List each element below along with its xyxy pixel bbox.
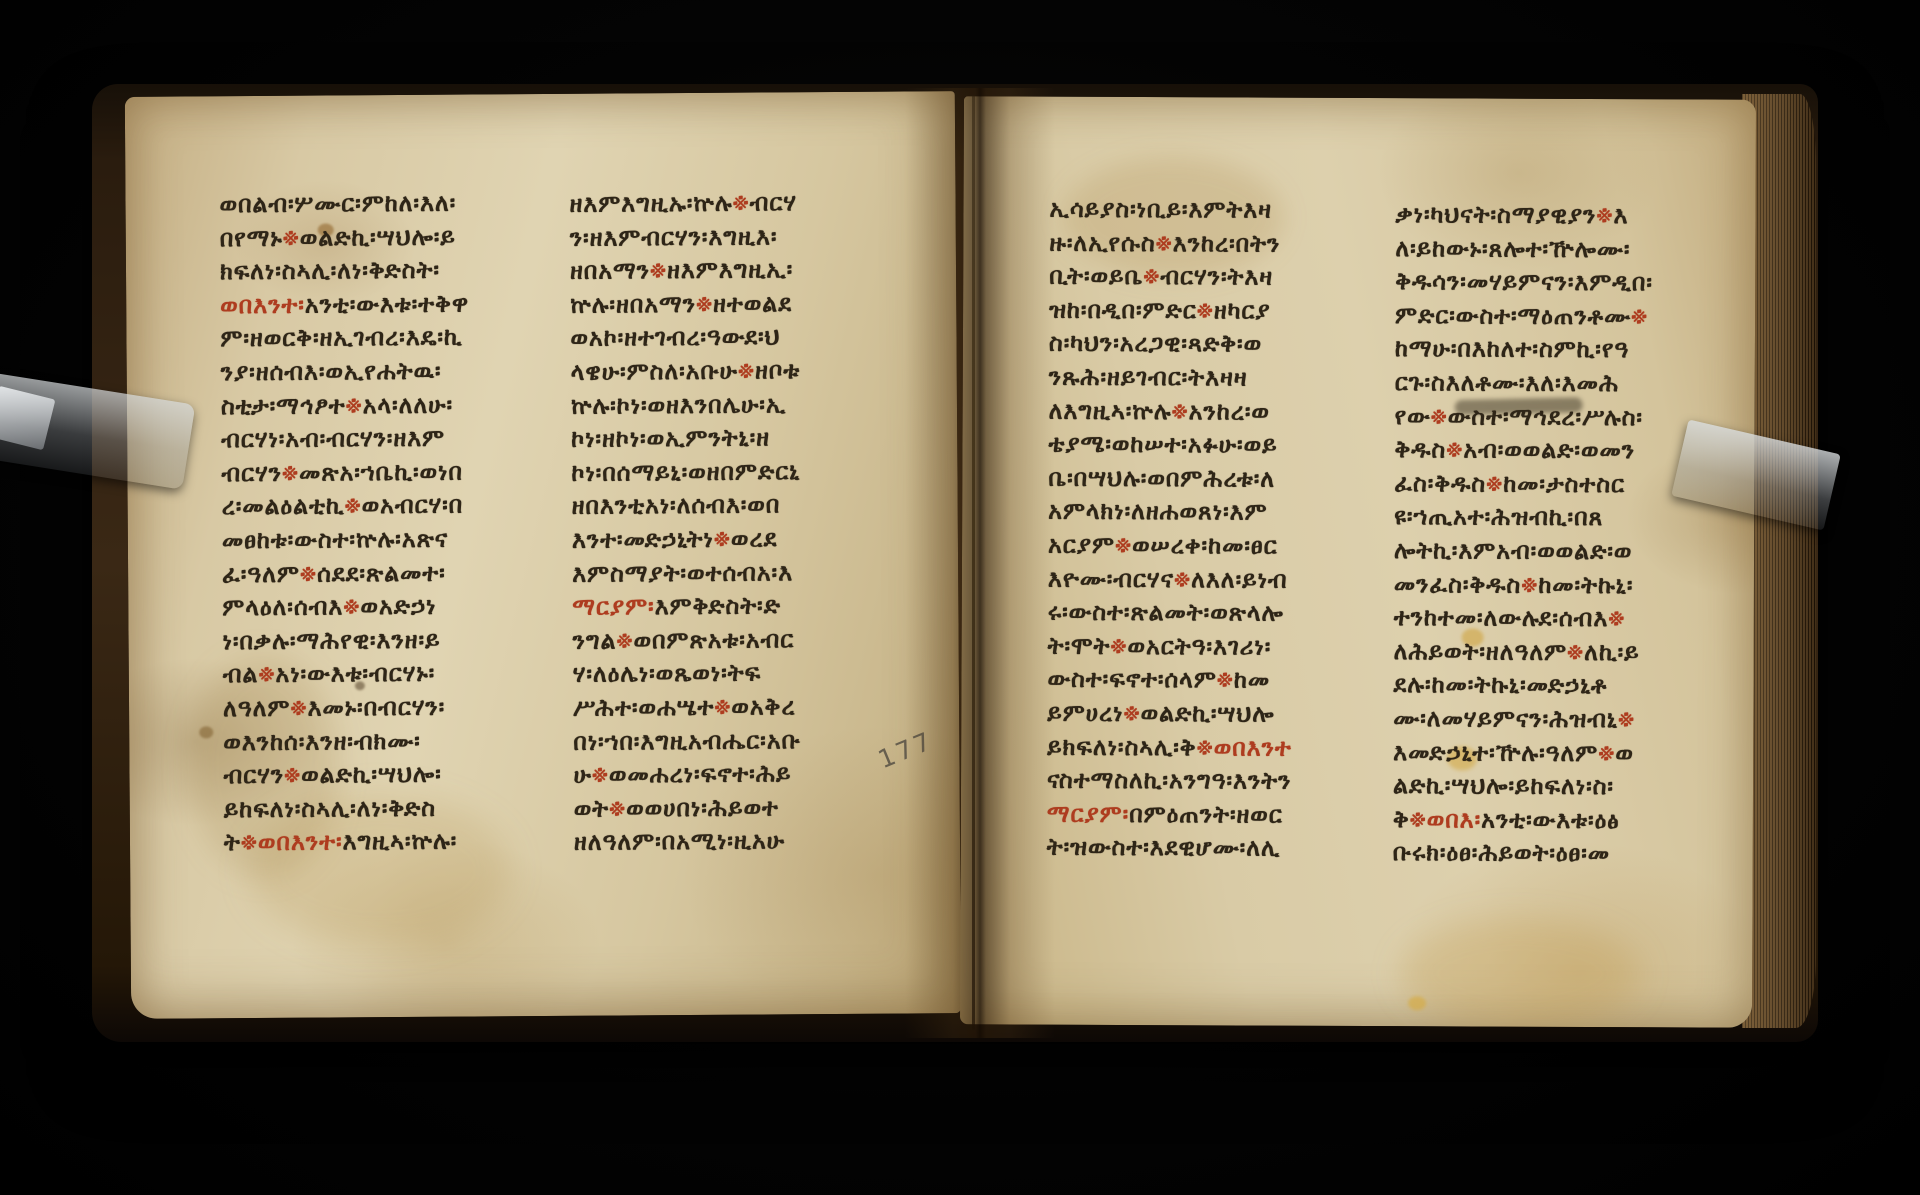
manuscript-text-line: መፀከቱ፡ውስተ፡ኵሉ፡አጽና [222, 522, 471, 557]
ink-black-text: ዝከ፡በዲበ፡ምድር [1049, 295, 1197, 324]
rubric-red-text: ፠ [1631, 302, 1648, 330]
rubric-red-text: ፠ [290, 694, 307, 722]
manuscript-text-line: ዘበአማን፠ዘእምእግዚኢ፡ [570, 253, 800, 288]
ink-black-text: ወአኮ፡ዘተገብረ፡ዓውደ፡ህ [570, 323, 780, 352]
ink-black-text: በነ፡ኀበ፡እግዚአብሔር፡አቡ [573, 726, 801, 756]
ink-black-text: ኮነ፡ዘኮነ፡ወኢምንትኒ፡ዘ [571, 424, 770, 453]
rubric-red-text: ፠ [1217, 666, 1234, 694]
manuscript-text-line: እዮሙ፡ብርሃና፠ለእለ፡ይነብ [1048, 562, 1293, 597]
ink-black-text: ሃ፡ለዕሌነ፡ወጼወነ፡ትፍ [573, 659, 761, 688]
manuscript-text-line: ለዓለም፠እመኑ፡በብርሃን፡ [223, 690, 472, 725]
ink-black-text: ለሕይወት፡ዘለዓለም [1394, 637, 1568, 666]
ink-black-text: መንፈስ፡ቅዱስ [1394, 570, 1521, 599]
manuscript-text-line: ምድር፡ውስተ፡ማዕጠንቶሙ፠ [1395, 299, 1653, 334]
ink-black-text: አንቲ፡ውእቱ፡ዕፅ [1481, 805, 1619, 834]
ink-black-text: ወአድኃነ [360, 592, 436, 621]
rubric-red-text: ፠ [283, 223, 300, 251]
manuscript-text-line: ማርያም፡በምዕጠንት፡ዘወር [1047, 797, 1292, 832]
ink-black-text: ርጉ፡ስእለቶሙ፡እለ፡እመሕ [1395, 368, 1619, 397]
ink-black-text: ለኪ፡ይ [1584, 638, 1640, 666]
ink-black-text: ከመ [1234, 666, 1270, 694]
ink-black-text: ይከፍለነ፡ስኣሊ፡ለነ፡ቅድስ [224, 793, 436, 822]
ink-black-text: ለ፡ይከውኑ፡ጸሎተ፡ዅሎሙ፡ [1395, 234, 1630, 263]
manuscript-text-line: ት፡ዝውስተ፡እደዊሆሙ፡ለሊ [1047, 831, 1292, 866]
ink-black-text: ወአርትዓ፡እገሪነ፡ [1127, 632, 1271, 661]
manuscript-text-line: ወበልብ፡ሦሙር፡ምከለ፡እለ፡ [219, 187, 468, 222]
manuscript-text-line: ት፠ወበእንተ፡እግዚኣ፡ኵሉ፡ [224, 825, 473, 860]
ink-black-text: እዮሙ፡ብርሃና [1048, 564, 1174, 593]
ink-black-text: ብርሃ [750, 188, 797, 216]
manuscript-text-line: ም፡ዘወርቅ፡ዘኢገብረ፡እዴ፡ኪ [220, 321, 469, 356]
rubric-red-text: ፠ [344, 492, 361, 520]
manuscript-text-line: አምላክነ፡ለዘሐወጸነ፡እም [1048, 495, 1293, 530]
ink-black-text: ኵሉ፡ዘበአማን [570, 290, 696, 319]
ink-black-text: ቢት፡ወይቤ [1049, 262, 1143, 290]
rubric-red-text: ፠ [732, 189, 749, 217]
ink-black-text: እግዚኣ፡ኵሉ፡ [342, 827, 457, 856]
manuscript-text-line: ንግል፠ወበምጽአቱ፡አብር [572, 623, 802, 658]
rubric-red-text: ፠ [1197, 296, 1214, 324]
manuscript-text-line: ኮነ፡በሰማይኒ፡ወዘበምድርኒ [571, 455, 801, 490]
ink-black-text: ቴያሜ፡ወከሠተ፡አፉሁ፡ወይ [1048, 430, 1277, 459]
manuscript-text-line: ቃነ፡ካህናት፡ስማያዊያን፠እ [1395, 198, 1653, 233]
rubric-red-text: ወበእንተ፡ [220, 290, 305, 319]
rubric-red-text: ፠ [1115, 531, 1132, 559]
rubric-red-text: ፠ [300, 559, 317, 587]
manuscript-text-line: እንተ፡መድኃኒትነ፠ወረደ [572, 522, 802, 557]
manuscript-text-line: ለ፡ይከውኑ፡ጸሎተ፡ዅሎሙ፡ [1395, 232, 1653, 267]
ink-black-text: አንከረ፡ወ [1189, 397, 1270, 425]
rubric-red-text: ፠ [1172, 397, 1189, 425]
right-text-column-1: ኢሳይያስ፡ነቢይ፡እምትእዛዙ፡ለኢየሱስ፠እንከረ፡በትንቢት፡ወይቤ፠ብር… [1047, 193, 1295, 866]
ink-black-text: ብል [223, 660, 259, 688]
ink-black-text: መፀከቱ፡ውስተ፡ኵሉ፡አጽና [222, 525, 449, 555]
ink-black-text: ኢሳይያስ፡ነቢይ፡እምትእዛ [1049, 195, 1272, 224]
ink-black-text: የው [1395, 402, 1431, 430]
rubric-red-text: ፠ [1521, 570, 1538, 598]
rubric-red-text: ፠ [258, 660, 275, 688]
rubric-red-text: ፠ [1174, 565, 1191, 593]
ink-black-text: ምላዕለ፡ሰብእ [222, 593, 343, 622]
manuscript-text-line: ናስተማስለኪ፡አንግዓ፡እንትን [1047, 764, 1292, 799]
ink-black-text: ብርሃን [221, 459, 282, 487]
rubric-red-text: ፠ [1486, 469, 1503, 497]
manuscript-text-line: ይክፍለነ፡ስኣሊ፡ቅ፠ወበእንተ [1047, 730, 1292, 765]
manuscript-text-line: ሙ፡ለመሃይምናን፡ሕዝብኒ፠ [1393, 702, 1651, 737]
manuscript-text-line: ዘበእንቲአነ፡ለሰብእ፡ወበ [572, 489, 802, 524]
manuscript-text-line: ብርሃን፠ወልድኪ፡ሣህሎ፡ [223, 758, 472, 793]
manuscript-text-line: ሥሕተ፡ወሐሤተ፠ወአቅረ [573, 690, 803, 725]
manuscript-text-line: ኢሳይያስ፡ነቢይ፡እምትእዛ [1049, 193, 1294, 228]
manuscript-text-line: ን፡ዘእምብርሃን፡እግዚእ፡ [570, 220, 800, 255]
manuscript-text-line: ዘለዓለም፡በአሚነ፡ዚአሁ [574, 824, 804, 859]
manuscript-text-line: ቢት፡ወይቤ፠ብርሃን፡ትእዛ [1049, 260, 1294, 295]
ink-black-text: እምቅድስት፡ድ [655, 591, 781, 620]
ink-black-text: ት [224, 828, 241, 856]
ink-black-text: ወአብርሃ፡በ [362, 491, 464, 520]
manuscript-text-line: ወአኮ፡ዘተገብረ፡ዓውደ፡ህ [570, 321, 800, 356]
manuscript-text-line: በየማኑ፠ወልድኪ፡ሣህሎ፡ይ [220, 220, 469, 255]
ink-black-text: አላ፡ለለሁ፡ [363, 390, 454, 419]
rubric-red-text: ፠ [616, 626, 633, 654]
ink-black-text: ከማሁ፡በእከለተ፡ስምኪ፡የዓ [1395, 335, 1629, 364]
ink-black-text: አንቲ፡ውእቱ፡ተቅዋ [305, 289, 469, 318]
rubric-red-text: ፠ [345, 391, 362, 419]
ink-black-text: ሎትኪ፡እምአብ፡ወወልድ፡ወ [1394, 536, 1632, 565]
rubric-red-text: ፠ [609, 794, 626, 822]
ink-black-text: ወሠረቀ፡ከመ፡ፀር [1132, 531, 1278, 560]
ink-black-text: ቅ [1393, 805, 1410, 833]
manuscript-text-line: ወበእንተ፡አንቲ፡ውእቱ፡ተቅዋ [220, 287, 469, 322]
manuscript-text-line: ፈ፡ዓለም፠ሰደደ፡ጽልመተ፡ [222, 556, 471, 591]
manuscript-text-line: ልድኪ፡ሣህሎ፡ይከፍለነ፡ስ፡ [1393, 769, 1651, 804]
rubric-red-text: ማርያም፡ [572, 592, 655, 621]
rubric-red-text: ፠ [714, 693, 731, 721]
manuscript-text-line: ነ፡በቃሉ፡ማሕየዊ፡እንዘ፡ይ [222, 623, 471, 658]
ink-black-text: ቃነ፡ካህናት፡ስማያዊያን [1395, 200, 1596, 229]
ink-black-text: ተንከተመ፡ለውሉደ፡ሰብእ [1394, 603, 1609, 632]
ink-black-text: ወረደ [731, 524, 778, 552]
ink-black-text: ይምሀረነ [1047, 699, 1123, 727]
ink-black-text: ት፡ሞት [1048, 631, 1111, 659]
manuscript-text-line: ንያ፡ዘሰብእ፡ወኢየሐትዉ፡ [221, 354, 470, 389]
manuscript-text-line: ብርሃን፠መጽአ፡ኀቤኪ፡ወነበ [221, 455, 470, 490]
manuscript-text-line: ኵሉ፡ዘበአማን፠ዘተወልደ [570, 287, 800, 322]
manuscript-text-line: ዘእምእግዚኡ፡ኵሉ፠ብርሃ [569, 186, 799, 221]
ink-black-text: ቤ፡በሣህሉ፡ወበምሕረቱ፡ለ [1048, 463, 1275, 492]
ink-black-text: ዘበእንቲአነ፡ለሰብእ፡ወበ [572, 491, 781, 520]
ink-black-text: ከመ፡ታስተስር [1503, 469, 1625, 498]
manuscript-text-line: ደሉ፡ከመ፡ትኩኒ፡መድኃኒቶ [1393, 668, 1651, 703]
manuscript-text-line: በነ፡ኀበ፡እግዚአብሔር፡አቡ [573, 724, 803, 759]
rubric-red-text: ፠ [343, 592, 360, 620]
ink-black-text: ወበምጽአቱ፡አብር [633, 625, 794, 654]
ink-black-text: ንጹሕ፡ዘይገብር፡ትእዛዛ [1049, 363, 1248, 392]
manuscript-text-line: ዙ፡ለኢየሱስ፠እንከረ፡በትን [1049, 226, 1294, 261]
rubric-red-text: ፠ [1598, 739, 1615, 767]
ink-black-text: ቡሩክ፡ዕፀ፡ሕይወት፡ዕፀ፡መ [1393, 838, 1610, 867]
manuscript-text-line: መንፈስ፡ቅዱስ፠ከመ፡ትኩኒ፡ [1394, 568, 1652, 603]
ink-black-text: ዘቦቱ [755, 356, 800, 384]
manuscript-text-line: እምስማያት፡ወተሰብአ፡እ [572, 556, 802, 591]
manuscript-text-line: ምላዕለ፡ሰብእ፠ወአድኃነ [222, 590, 471, 625]
ink-black-text: ኵሉ፡ኮነ፡ወዘእንበሌሁ፡ኢ [571, 390, 786, 420]
rubric-red-text: ማርያም፡ [1047, 799, 1129, 827]
manuscript-text-line: ወእንከሰ፡እንዘ፡ብክሙ፡ [223, 724, 472, 759]
manuscript-text-line: ረ፡መልዕልቲኪ፠ወአብርሃ፡በ [222, 489, 471, 524]
right-text-column-2: ቃነ፡ካህናት፡ስማያዊያን፠እለ፡ይከውኑ፡ጸሎተ፡ዅሎሙ፡ቅዱሳን፡መሃይም… [1393, 198, 1654, 871]
manuscript-text-line: ርጉ፡ስእለቶሙ፡እለ፡እመሕ [1395, 366, 1653, 401]
ink-black-text: እመኑ፡በብርሃን፡ [307, 693, 445, 722]
ink-black-text: ለእለ፡ይነብ [1191, 565, 1288, 593]
ink-black-text: አነ፡ውእቱ፡ብርሃኑ፡ [275, 659, 435, 688]
rubric-red-text: ፠ወበእንተ [1197, 733, 1292, 761]
manuscript-text-line: ስቲታ፡ማኅፆተ፠አላ፡ለለሁ፡ [221, 388, 470, 423]
ink-stain [199, 726, 213, 738]
manuscript-text-line: እመድኃኒተ፡ዅሉ፡ዓለም፠ወ [1393, 736, 1651, 771]
ink-black-text: ውስተ፡ፍኖተ፡ሰላም [1047, 665, 1216, 694]
left-text-column-2: ዘእምእግዚኡ፡ኵሉ፠ብርሃን፡ዘእምብርሃን፡እግዚእ፡ዘበአማን፠ዘእምእግ… [569, 186, 803, 859]
ink-black-text: ሥሕተ፡ወሐሤተ [573, 693, 714, 722]
manuscript-text-line: ብርሃነ፡አብ፡ብርሃን፡ዘእም [221, 422, 470, 457]
manuscript-text-line: ላዌሁ፡ምስለ፡አቡሁ፠ዘቦቱ [571, 354, 801, 389]
ink-black-text: ዘለዓለም፡በአሚነ፡ዚአሁ [574, 827, 785, 856]
rubric-red-text: ፠ [650, 256, 667, 284]
ink-black-text: ወልድኪ፡ሣህሎ፡ [301, 760, 442, 789]
ink-black-text: ወበልብ፡ሦሙር፡ምከለ፡እለ፡ [219, 189, 456, 219]
manuscript-text-line: ከማሁ፡በእከለተ፡ስምኪ፡የዓ [1395, 333, 1653, 368]
ink-black-text: ወእንከሰ፡እንዘ፡ብክሙ፡ [223, 726, 421, 755]
ink-black-text: ብርሃነ፡አብ፡ብርሃን፡ዘእም [221, 424, 445, 454]
manuscript-text-line: አርያም፠ወሠረቀ፡ከመ፡ፀር [1048, 529, 1293, 564]
rubric-red-text: ፠ [1608, 604, 1625, 632]
manuscript-text-line: ቡሩክ፡ዕፀ፡ሕይወት፡ዕፀ፡መ [1393, 836, 1651, 871]
ink-black-text: ረ፡መልዕልቲኪ [222, 492, 345, 521]
ink-black-text: እመድኃኒተ፡ዅሉ፡ዓለም [1393, 738, 1598, 767]
manuscript-text-line: የው፠ውስተ፡ማኅደረ፡ሥሉስ፡ [1395, 400, 1653, 435]
manuscript-text-line: ዩ፡ኀጢአተ፡ሕዝብኪ፡በጸ [1394, 501, 1652, 536]
ink-black-text: ወመሐረነ፡ፍኖተ፡ሕይ [609, 759, 792, 788]
manuscript-text-line: ሩ፡ውስተ፡ጽልመት፡ወጽላሎ [1048, 596, 1293, 631]
page-number-pencil: 177 [874, 726, 937, 774]
ink-black-text: ብርሃን፡ትእዛ [1160, 262, 1273, 290]
manuscript-text-line: ፈስ፡ቅዱስ፠ከመ፡ታስተስር [1394, 467, 1652, 502]
plexiglass-mount-left-tip [0, 386, 55, 450]
rubric-red-text: ፠ [284, 761, 301, 789]
ink-black-text: ይክፍለነ፡ስኣሊ፡ቅ [1047, 732, 1197, 761]
ink-black-text: ነ፡በቃሉ፡ማሕየዊ፡እንዘ፡ይ [222, 625, 440, 655]
manuscript-text-line: ንጹሕ፡ዘይገብር፡ትእዛዛ [1049, 361, 1294, 396]
ink-black-text: አርያም [1048, 531, 1115, 559]
manuscript-text-line: ማርያም፡እምቅድስት፡ድ [572, 589, 802, 624]
right-page: ኢሳይያስ፡ነቢይ፡እምትእዛዙ፡ለኢየሱስ፠እንከረ፡በትንቢት፡ወይቤ፠ብር… [960, 96, 1756, 1027]
ink-black-text: ዙ፡ለኢየሱስ [1049, 228, 1155, 256]
manuscript-photo: ወበልብ፡ሦሙር፡ምከለ፡እለ፡በየማኑ፠ወልድኪ፡ሣህሎ፡ይክፍለነ፡ስኣሊ፡… [0, 0, 1920, 1195]
ink-black-text: ቅዱሳን፡መሃይምናን፡እምዲበ፡ [1395, 267, 1653, 296]
ink-black-text: ደሉ፡ከመ፡ትኩኒ፡መድኃኒቶ [1393, 670, 1607, 699]
manuscript-text-line: ቅዱስ፠አብ፡ወወልድ፡ወመን [1394, 433, 1652, 468]
manuscript-text-line: ሃ፡ለዕሌነ፡ወጼወነ፡ትፍ [573, 657, 803, 692]
rubric-red-text: ፠ [282, 458, 299, 486]
ink-black-text: አምላክነ፡ለዘሐወጸነ፡እም [1048, 497, 1268, 526]
manuscript-text-line: ኵሉ፡ኮነ፡ወዘእንበሌሁ፡ኢ [571, 388, 801, 423]
manuscript-text-line: ተንከተመ፡ለውሉደ፡ሰብእ፠ [1394, 601, 1652, 636]
ink-black-text: ወልድኪ፡ሣህሎ [1141, 699, 1275, 728]
ink-black-text: ሩ፡ውስተ፡ጽልመት፡ወጽላሎ [1048, 598, 1284, 627]
ink-black-text: ኮነ፡በሰማይኒ፡ወዘበምድርኒ [571, 457, 800, 487]
ink-black-text: እ [1613, 201, 1628, 229]
rubric-red-text: ፠ወበእ፡ [1410, 805, 1482, 833]
ink-black-text: መጽአ፡ኀቤኪ፡ወነበ [299, 457, 463, 486]
manuscript-text-line: ቅ፠ወበእ፡አንቲ፡ውእቱ፡ዕፅ [1393, 803, 1651, 838]
rubric-red-text: ፠ [738, 356, 755, 384]
manuscript-text-line: ቅዱሳን፡መሃይምናን፡እምዲበ፡ [1395, 265, 1653, 300]
rubric-red-text: ፠ወበእንተ፡ [241, 828, 343, 857]
ink-black-text: ዘእምእግዚኡ፡ኵሉ [569, 189, 732, 218]
ink-black-text: ወአቅረ [731, 692, 795, 720]
ink-black-text: ቅዱስ [1394, 435, 1446, 463]
ink-black-text: ዩ፡ኀጢአተ፡ሕዝብኪ፡በጸ [1394, 503, 1603, 532]
ink-black-text: ስ፡ካህን፡አረጋዊ፡ጻድቅ፡ወ [1049, 329, 1262, 358]
rubric-red-text: ፠ [1567, 638, 1584, 666]
rubric-red-text: ፠ [714, 525, 731, 553]
ink-black-text: ንያ፡ዘሰብእ፡ወኢየሐትዉ፡ [221, 357, 442, 387]
ink-black-text: ብርሃን [223, 761, 284, 789]
ink-black-text: ሁ [573, 761, 592, 789]
manuscript-text-line: ዝከ፡በዲበ፡ምድር፠ዘካርያ [1049, 293, 1294, 328]
ink-black-text: ንግል [573, 626, 617, 654]
rubric-red-text: ፠ [1156, 229, 1173, 257]
ink-black-text: ወወሀበነ፡ሕይወተ [626, 793, 779, 822]
ink-black-text: ወ [1615, 739, 1634, 767]
ink-black-text: አብ፡ወወልድ፡ወመን [1463, 436, 1635, 465]
manuscript-text-line: ለሕይወት፡ዘለዓለም፠ለኪ፡ይ [1394, 635, 1652, 670]
rubric-red-text: ፠ [1596, 201, 1613, 229]
ink-black-text: ዘበአማን [570, 256, 650, 285]
left-text-column-1: ወበልብ፡ሦሙር፡ምከለ፡እለ፡በየማኑ፠ወልድኪ፡ሣህሎ፡ይክፍለነ፡ስኣሊ፡… [219, 187, 473, 861]
ink-black-text: ፈስ፡ቅዱስ [1394, 469, 1486, 497]
ink-black-text: እንከረ፡በትን [1173, 229, 1281, 257]
ink-black-text: ዘተወልደ [713, 289, 792, 318]
ink-black-text: ላዌሁ፡ምስለ፡አቡሁ [571, 357, 738, 386]
ink-black-text: ለእግዚኣ፡ኵሉ [1049, 396, 1172, 425]
ink-black-text: ምድር፡ውስተ፡ማዕጠንቶሙ [1395, 301, 1631, 330]
ink-black-text: ለዓለም [223, 694, 291, 722]
rubric-red-text: ፠ [696, 290, 713, 318]
ink-black-text: በምዕጠንት፡ዘወር [1129, 800, 1283, 829]
ink-black-text: ሰደደ፡ጽልመተ፡ [317, 558, 446, 587]
ink-black-text: እምስማያት፡ወተሰብአ፡እ [572, 558, 793, 588]
manuscript-text-line: ሁ፠ወመሐረነ፡ፍኖተ፡ሕይ [573, 757, 803, 792]
ink-black-text: ወልድኪ፡ሣህሎ፡ይ [300, 222, 456, 251]
rubric-red-text: ፠ [1431, 402, 1448, 430]
manuscript-text-line: ቤ፡በሣህሉ፡ወበምሕረቱ፡ለ [1048, 461, 1293, 496]
manuscript-text-line: ሎትኪ፡እምአብ፡ወወልድ፡ወ [1394, 534, 1652, 569]
rubric-red-text: ፠ [1446, 436, 1463, 464]
left-page: ወበልብ፡ሦሙር፡ምከለ፡እለ፡በየማኑ፠ወልድኪ፡ሣህሎ፡ይክፍለነ፡ስኣሊ፡… [125, 91, 961, 1019]
rubric-red-text: ፠ [592, 761, 609, 789]
ink-black-text: ወት [574, 794, 610, 822]
ink-black-text: ም፡ዘወርቅ፡ዘኢገብረ፡እዴ፡ኪ [220, 323, 462, 353]
ink-black-text: ዘካርያ [1214, 296, 1271, 324]
manuscript-text-line: ይከፍለነ፡ስኣሊ፡ለነ፡ቅድስ [224, 791, 473, 826]
ink-black-text: ናስተማስለኪ፡አንግዓ፡እንትን [1047, 766, 1292, 795]
ink-black-text: ውስተ፡ማኅደረ፡ሥሉስ፡ [1448, 402, 1643, 431]
ink-black-text: ልድኪ፡ሣህሎ፡ይከፍለነ፡ስ፡ [1393, 771, 1614, 800]
manuscript-text-line: ለእግዚኣ፡ኵሉ፠አንከረ፡ወ [1049, 394, 1294, 429]
manuscript-text-line: ቴያሜ፡ወከሠተ፡አፉሁ፡ወይ [1048, 428, 1293, 463]
manuscript-text-line: ብል፠አነ፡ውእቱ፡ብርሃኑ፡ [223, 657, 472, 692]
wax-stain [1408, 996, 1426, 1010]
ink-black-text: ሙ፡ለመሃይምናን፡ሕዝብኒ [1393, 704, 1618, 733]
ink-black-text: ክፍለነ፡ስኣሊ፡ለነ፡ቅድስት፡ [220, 256, 440, 286]
manuscript-text-line: ት፡ሞት፠ወአርትዓ፡እገሪነ፡ [1048, 629, 1293, 664]
rubric-red-text: ፠ [1123, 699, 1140, 727]
ink-black-text: እንተ፡መድኃኒትነ [572, 525, 714, 554]
rubric-red-text: ፠ [1143, 262, 1160, 290]
parchment-stain [1400, 918, 1640, 1028]
manuscript-text-line: ስ፡ካህን፡አረጋዊ፡ጻድቅ፡ወ [1049, 327, 1294, 362]
ink-black-text: ት፡ዝውስተ፡እደዊሆሙ፡ለሊ [1047, 833, 1281, 862]
ink-black-text: ዘእምእግዚኢ፡ [667, 255, 793, 284]
ink-black-text: በየማኑ [220, 223, 283, 251]
rubric-red-text: ፠ [1110, 632, 1127, 660]
ink-black-text: ከመ፡ትኩኒ፡ [1538, 570, 1633, 598]
ink-black-text: ፈ፡ዓለም [222, 559, 300, 588]
manuscript-text-line: ኮነ፡ዘኮነ፡ወኢምንትኒ፡ዘ [571, 421, 801, 456]
ink-black-text: ስቲታ፡ማኅፆተ [221, 391, 346, 420]
manuscript-text-line: ውስተ፡ፍኖተ፡ሰላም፠ከመ [1047, 663, 1292, 698]
manuscript-text-line: ይምሀረነ፠ወልድኪ፡ሣህሎ [1047, 697, 1292, 732]
manuscript-text-line: ክፍለነ፡ስኣሊ፡ለነ፡ቅድስት፡ [220, 254, 469, 289]
manuscript-text-line: ወት፠ወወሀበነ፡ሕይወተ [574, 791, 804, 826]
rubric-red-text: ፠ [1618, 705, 1635, 733]
ink-black-text: ን፡ዘእምብርሃን፡እግዚእ፡ [570, 222, 778, 251]
